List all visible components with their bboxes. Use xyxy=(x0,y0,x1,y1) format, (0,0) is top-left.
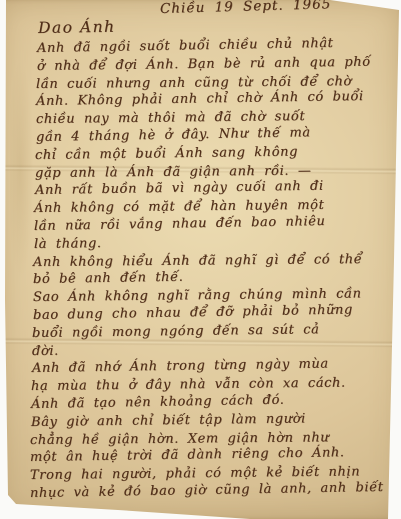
letter-line: chỉ cần một buổi Ánh sang không xyxy=(35,142,391,164)
letter-body: Anh đã ngồi suốt buổi chiều chủ nhậtở nh… xyxy=(37,40,393,503)
letter-line: Bây giờ anh chỉ biết tập làm người xyxy=(31,409,387,431)
letter-paper: Chiều 19 Sept. 1965 Dao Ánh Anh đã ngồi … xyxy=(0,0,401,519)
paper-stain xyxy=(10,60,36,280)
letter-salutation: Dao Ánh xyxy=(38,18,116,37)
letter-line: là tháng. xyxy=(34,231,390,253)
letter-date: Chiều 19 Sept. 1965 xyxy=(160,0,332,17)
letter-line: buổi ngồi mong ngóng đến sa sút cả xyxy=(32,320,388,342)
letter-line: ở nhà để đợi Ánh. Bạn bè rủ anh qua phố xyxy=(37,53,393,75)
scan-background: Chiều 19 Sept. 1965 Dao Ánh Anh đã ngồi … xyxy=(0,0,401,519)
